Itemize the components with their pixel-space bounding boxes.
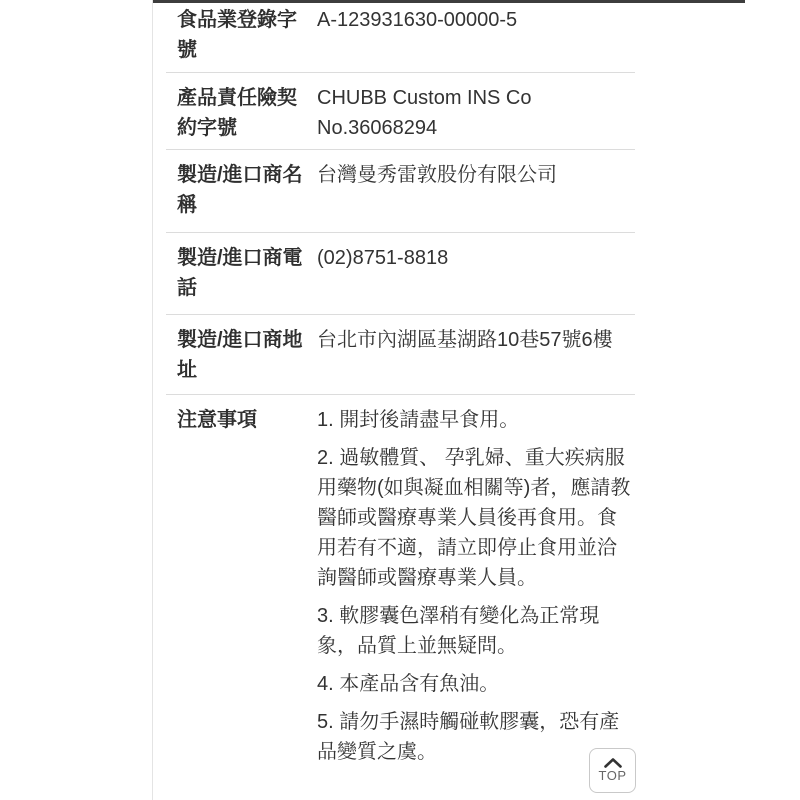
note-item: 2. 過敏體質、 孕乳婦、重大疾病服用藥物(如與凝血相關等)者，應請教醫師或醫療… xyxy=(317,443,635,593)
row-value: CHUBB Custom INS Co No.36068294 xyxy=(317,83,635,149)
row-value: A-123931630-00000-5 xyxy=(317,5,635,72)
row-label: 注意事項 xyxy=(166,405,317,767)
row-label: 製造/進口商電話 xyxy=(166,243,317,314)
product-spec-page: 食品業登錄字號 A-123931630-00000-5 產品責任險契約字號 CH… xyxy=(0,0,800,800)
precautions-list: 1. 開封後請盡早食用。 2. 過敏體質、 孕乳婦、重大疾病服用藥物(如與凝血相… xyxy=(317,405,635,767)
table-row-manufacturer-address: 製造/進口商地址 台北市內湖區基湖路10巷57號6樓 xyxy=(166,315,635,395)
left-edge-line xyxy=(152,0,153,800)
table-row-precautions: 注意事項 1. 開封後請盡早食用。 2. 過敏體質、 孕乳婦、重大疾病服用藥物(… xyxy=(166,395,635,773)
chevron-up-icon xyxy=(604,758,622,768)
row-value: 台灣曼秀雷敦股份有限公司 xyxy=(317,160,635,232)
row-label: 製造/進口商名稱 xyxy=(166,160,317,232)
back-to-top-button[interactable]: TOP xyxy=(589,748,636,793)
row-value: 台北市內湖區基湖路10巷57號6樓 xyxy=(317,325,635,394)
note-item: 3. 軟膠囊色澤稍有變化為正常現象，品質上並無疑問。 xyxy=(317,601,635,661)
table-row-manufacturer-name: 製造/進口商名稱 台灣曼秀雷敦股份有限公司 xyxy=(166,150,635,233)
note-item: 1. 開封後請盡早食用。 xyxy=(317,405,635,435)
back-to-top-label: TOP xyxy=(599,769,627,783)
note-item: 4. 本產品含有魚油。 xyxy=(317,669,635,699)
note-item: 5. 請勿手濕時觸碰軟膠囊，恐有產品變質之虞。 xyxy=(317,707,635,767)
row-value: (02)8751-8818 xyxy=(317,243,635,314)
product-spec-table: 食品業登錄字號 A-123931630-00000-5 產品責任險契約字號 CH… xyxy=(166,3,635,773)
table-row-registration-number: 食品業登錄字號 A-123931630-00000-5 xyxy=(166,3,635,73)
table-row-manufacturer-phone: 製造/進口商電話 (02)8751-8818 xyxy=(166,233,635,315)
table-row-insurance-contract: 產品責任險契約字號 CHUBB Custom INS Co No.3606829… xyxy=(166,73,635,150)
row-label: 產品責任險契約字號 xyxy=(166,83,317,149)
row-label: 製造/進口商地址 xyxy=(166,325,317,394)
row-label: 食品業登錄字號 xyxy=(166,5,317,72)
